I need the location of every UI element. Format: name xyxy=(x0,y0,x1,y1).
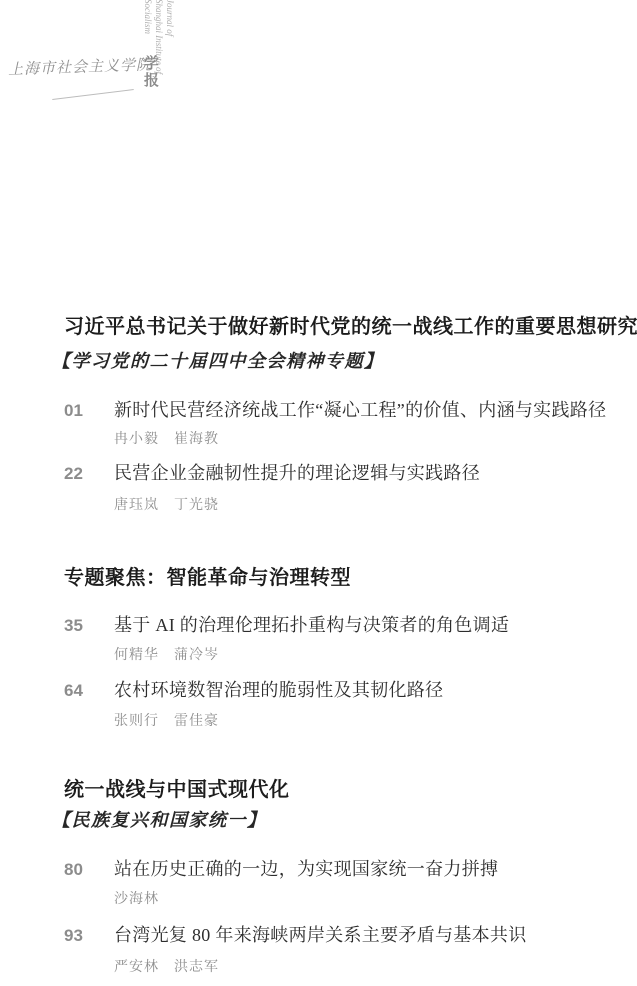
entry-title: 台湾光复 80 年来海峡两岸关系主要矛盾与基本共识 xyxy=(114,925,527,945)
toc-entry: 35基于 AI 的治理伦理拓扑重构与决策者的角色调适 xyxy=(64,611,509,637)
entry-page-number: 93 xyxy=(64,926,114,946)
entry-title: 新时代民营经济统战工作“凝心工程”的价值、内涵与实践路径 xyxy=(114,400,606,420)
journal-title-en: Journal of Shanghai Institute of Sociali… xyxy=(141,0,175,115)
entry-page-number: 80 xyxy=(64,860,114,880)
toc-entry: 01新时代民营经济统战工作“凝心工程”的价值、内涵与实践路径 xyxy=(64,396,606,422)
signature-underline xyxy=(52,89,134,100)
entry-title: 农村环境数智治理的脆弱性及其韧化路径 xyxy=(114,680,443,700)
section-subheading-1: 【学习党的二十届四中全会精神专题】 xyxy=(52,347,384,373)
journal-en-line: Shanghai Institute of xyxy=(153,0,164,115)
entry-title: 基于 AI 的治理伦理拓扑重构与决策者的角色调适 xyxy=(114,615,509,635)
section-heading-3: 统一战线与中国式现代化 xyxy=(64,773,290,802)
entry-authors: 唐珏岚 丁光骁 xyxy=(114,494,219,514)
entry-title: 民营企业金融韧性提升的理论逻辑与实践路径 xyxy=(114,463,480,483)
entry-authors: 张则行 雷佳豪 xyxy=(114,710,219,730)
journal-en-line: Journal of xyxy=(164,0,175,115)
toc-entry: 64农村环境数智治理的脆弱性及其韧化路径 xyxy=(64,676,443,702)
toc-entry: 22民营企业金融韧性提升的理论逻辑与实践路径 xyxy=(64,459,480,485)
section-heading-1: 习近平总书记关于做好新时代党的统一战线工作的重要思想研究 xyxy=(64,310,637,339)
toc-entry: 80站在历史正确的一边，为实现国家统一奋力拼搏 xyxy=(64,855,498,881)
entry-page-number: 01 xyxy=(64,401,114,421)
toc-entry: 93台湾光复 80 年来海峡两岸关系主要矛盾与基本共识 xyxy=(64,921,527,947)
journal-calligraphy: 上海市社会主义学院 xyxy=(8,54,144,80)
journal-en-line: Socialism xyxy=(142,0,153,115)
entry-authors: 严安林 洪志军 xyxy=(114,956,219,976)
entry-authors: 沙海林 xyxy=(114,888,159,908)
entry-authors: 冉小毅 崔海教 xyxy=(114,428,219,448)
entry-page-number: 35 xyxy=(64,616,114,636)
entry-page-number: 22 xyxy=(64,464,114,484)
section-subheading-3: 【民族复兴和国家统一】 xyxy=(52,806,267,832)
section-heading-2: 专题聚焦：智能革命与治理转型 xyxy=(64,561,351,590)
entry-page-number: 64 xyxy=(64,681,114,701)
entry-title: 站在历史正确的一边，为实现国家统一奋力拼搏 xyxy=(114,859,498,879)
entry-authors: 何精华 蒲冷岑 xyxy=(114,644,219,664)
